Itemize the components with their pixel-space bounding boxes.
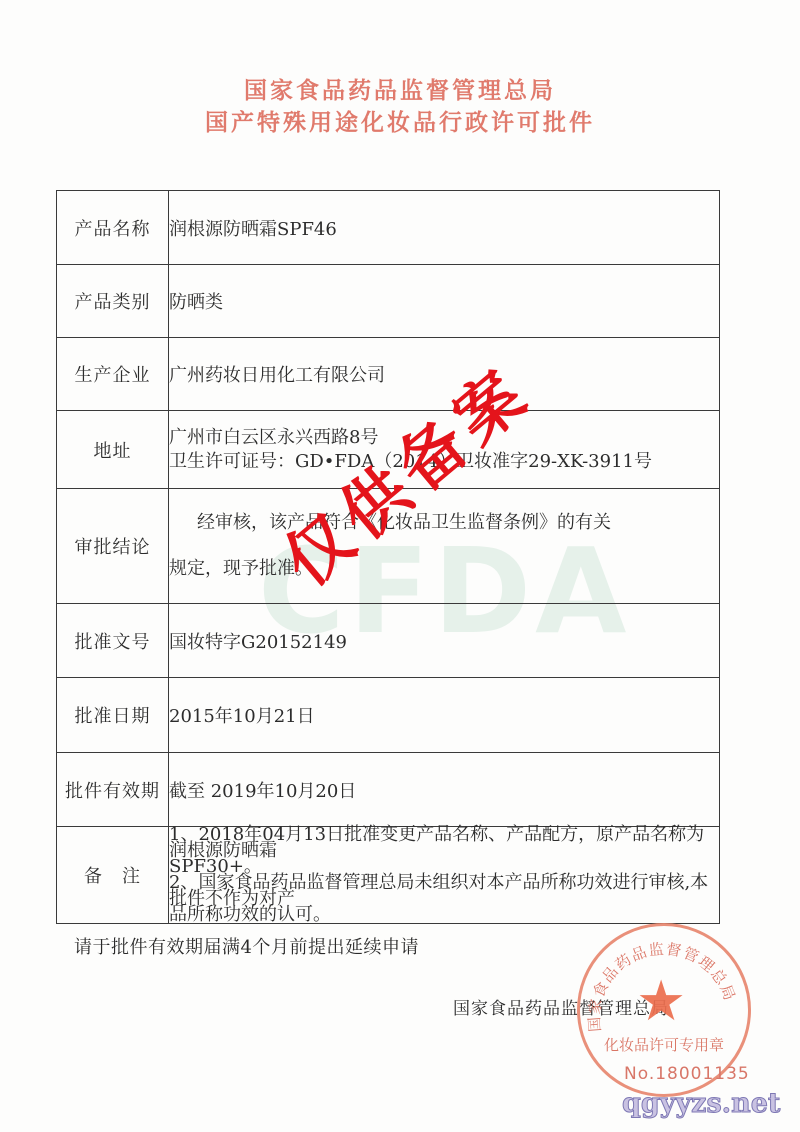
row-label: 审批结论 <box>57 489 169 604</box>
renewal-note: 请于批件有效期届满4个月前提出延续申请 <box>74 933 419 959</box>
site-watermark: qgyyzs.net <box>622 1088 780 1119</box>
remarks-value: 1、2018年04月13日批准变更产品名称、产品配方，原产品名称为润根源防晒霜 … <box>169 827 720 924</box>
table-row-approval-date: 批准日期 2015年10月21日 <box>57 678 720 753</box>
row-label: 产品类别 <box>57 265 169 338</box>
row-label: 批准日期 <box>57 678 169 753</box>
row-label: 产品名称 <box>57 191 169 265</box>
document-title: 国产特殊用途化妆品行政许可批件 <box>0 104 800 137</box>
agency-title: 国家食品药品监督管理总局 <box>0 72 800 105</box>
row-label: 地址 <box>57 411 169 489</box>
remark-line: 2、国家食品药品监督管理总局未组织对本产品所称功效进行审核,本批件不作为对产 <box>169 875 719 907</box>
table-row-manufacturer: 生产企业 广州药妆日用化工有限公司 <box>57 338 720 411</box>
conclusion-value: 经审核，该产品符合《化妆品卫生监督条例》的有关 规定，现予批准。 <box>169 489 720 604</box>
table-row-product-name: 产品名称 润根源防晒霜SPF46 <box>57 191 720 265</box>
official-seal: 国家食品药品监督管理总局 ★ 化妆品许可专用章 No.18001135 <box>577 923 751 1097</box>
validity-value: 截至 2019年10月20日 <box>169 753 720 827</box>
product-name-value: 润根源防晒霜SPF46 <box>169 191 720 265</box>
seal-usage: 化妆品许可专用章 <box>580 1034 748 1055</box>
row-label: 批件有效期 <box>57 753 169 827</box>
conclusion-line: 规定，现予批准。 <box>169 555 719 583</box>
approval-date-value: 2015年10月21日 <box>169 678 720 753</box>
row-label: 备 注 <box>57 827 169 924</box>
table-row-remarks: 备 注 1、2018年04月13日批准变更产品名称、产品配方，原产品名称为润根源… <box>57 827 720 924</box>
product-category-value: 防晒类 <box>169 265 720 338</box>
approval-table: 产品名称 润根源防晒霜SPF46 产品类别 防晒类 生产企业 广州药妆日用化工有… <box>56 190 720 924</box>
table-row-validity: 批件有效期 截至 2019年10月20日 <box>57 753 720 827</box>
row-label: 生产企业 <box>57 338 169 411</box>
approval-number-value: 国妆特字G20152149 <box>169 604 720 678</box>
table-row-approval-number: 批准文号 国妆特字G20152149 <box>57 604 720 678</box>
remark-line: 品所称功效的认可。 <box>169 907 719 923</box>
seal-number: No.18001135 <box>624 1064 750 1084</box>
remark-line: 1、2018年04月13日批准变更产品名称、产品配方，原产品名称为润根源防晒霜 <box>169 827 719 859</box>
table-row-product-category: 产品类别 防晒类 <box>57 265 720 338</box>
row-label: 批准文号 <box>57 604 169 678</box>
conclusion-line: 经审核，该产品符合《化妆品卫生监督条例》的有关 <box>169 509 719 537</box>
star-icon: ★ <box>636 974 686 1030</box>
